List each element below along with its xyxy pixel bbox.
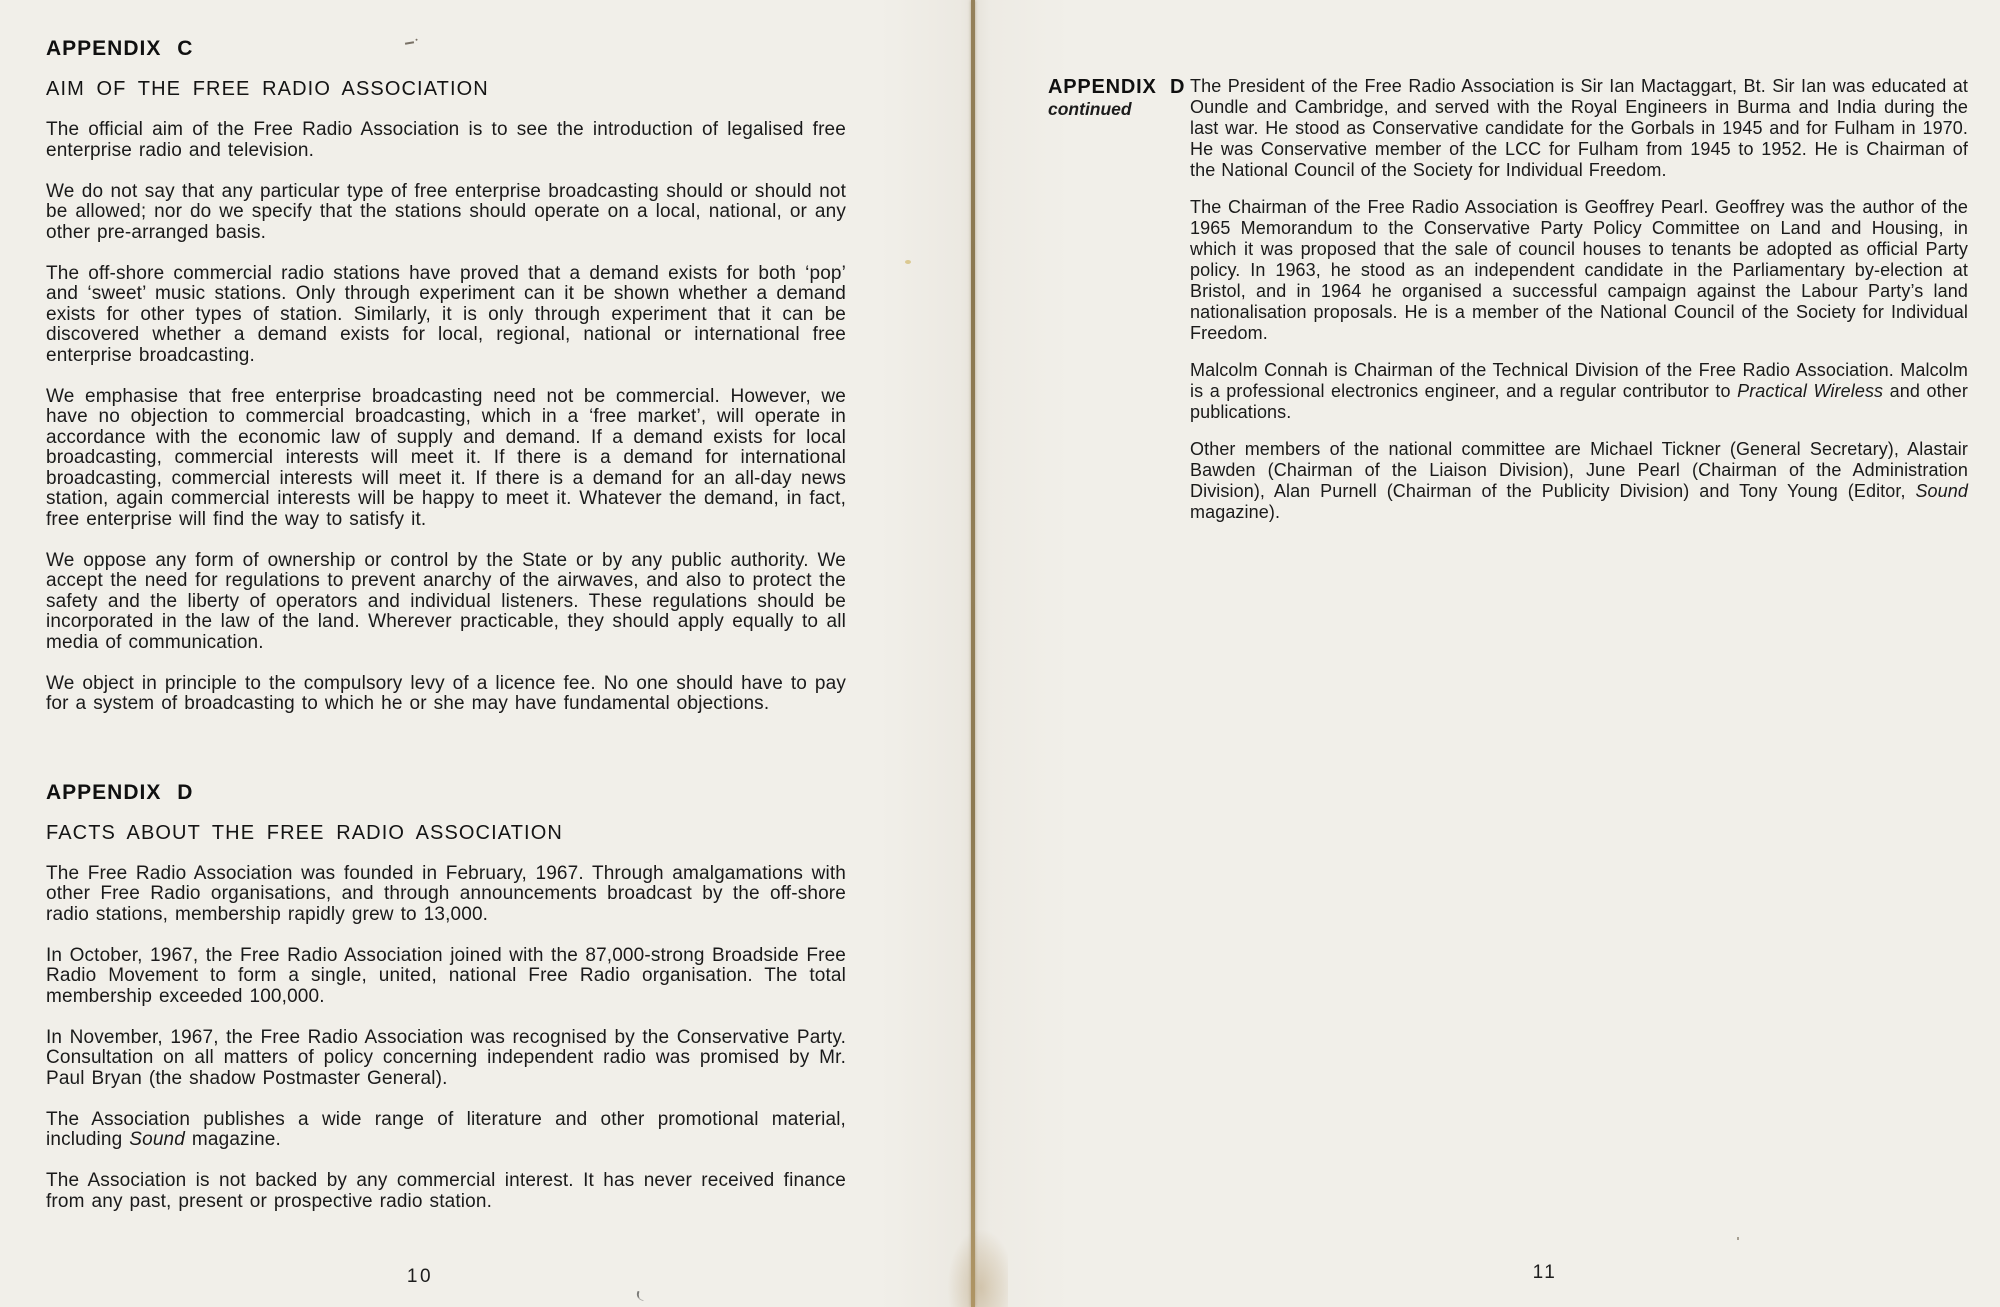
paragraph-facts-3: In November, 1967, the Free Radio Associ… — [46, 1028, 846, 1090]
paragraph-aim-3: The off-shore commercial radio stations … — [46, 264, 846, 367]
paragraph-committee: Other members of the national committee … — [1190, 439, 1968, 523]
continued-note: continued — [1048, 99, 1188, 119]
paragraph-aim-2: We do not say that any particular type o… — [46, 182, 846, 244]
left-page: APPENDIX C AIM OF THE FREE RADIO ASSOCIA… — [46, 38, 846, 1233]
paragraph-facts-4-text-end: magazine. — [185, 1129, 281, 1150]
appendix-d-subheading: FACTS ABOUT THE FREE RADIO ASSOCIATION — [46, 822, 846, 844]
scan-artifact-dot — [1737, 1237, 1739, 1240]
binding-gutter-line — [971, 0, 975, 1307]
paragraph-aim-1: The official aim of the Free Radio Assoc… — [46, 120, 846, 161]
appendix-d-continued-label: APPENDIX D continued — [1048, 76, 1188, 119]
paragraph-aim-4: We emphasise that free enterprise broadc… — [46, 387, 846, 531]
paragraph-facts-4: The Association publishes a wide range o… — [46, 1110, 846, 1151]
appendix-c-subheading: AIM OF THE FREE RADIO ASSOCIATION — [46, 78, 846, 100]
appendix-c-heading: APPENDIX C — [46, 38, 846, 60]
scan-artifact-curl — [635, 1291, 646, 1302]
sound-magazine-title: Sound — [129, 1129, 185, 1150]
sound-magazine-title: Sound — [1915, 481, 1968, 501]
paragraph-aim-6: We object in principle to the compulsory… — [46, 674, 846, 715]
scan-artifact-spot — [905, 260, 911, 264]
paragraph-committee-text: Other members of the national committee … — [1190, 439, 1968, 501]
paragraph-facts-1: The Free Radio Association was founded i… — [46, 864, 846, 926]
paragraph-technical: Malcolm Connah is Chairman of the Techni… — [1190, 360, 1968, 423]
paragraph-committee-text-end: magazine). — [1190, 502, 1280, 522]
appendix-d-heading: APPENDIX D — [46, 782, 846, 804]
paragraph-aim-5: We oppose any form of ownership or contr… — [46, 551, 846, 654]
paragraph-facts-5: The Association is not backed by any com… — [46, 1171, 846, 1212]
page-number-left: 10 — [370, 1266, 470, 1288]
paragraph-chairman: The Chairman of the Free Radio Associati… — [1190, 197, 1968, 344]
page-number-right: 11 — [1495, 1262, 1595, 1284]
gutter-shadow — [880, 0, 1070, 1307]
book-spread: APPENDIX C AIM OF THE FREE RADIO ASSOCIA… — [0, 0, 2000, 1307]
right-page: The President of the Free Radio Associat… — [1190, 76, 1968, 539]
paragraph-president: The President of the Free Radio Associat… — [1190, 76, 1968, 181]
paragraph-facts-2: In October, 1967, the Free Radio Associa… — [46, 946, 846, 1008]
binding-smudge — [948, 1230, 1008, 1307]
appendix-d-continued-heading: APPENDIX D — [1048, 76, 1188, 98]
practical-wireless-title: Practical Wireless — [1737, 381, 1883, 401]
